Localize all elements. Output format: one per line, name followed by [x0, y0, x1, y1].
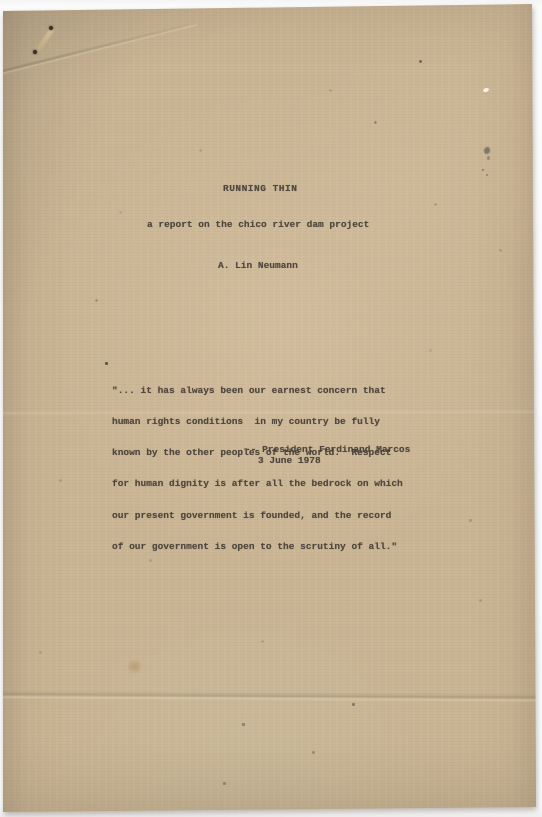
quote-line: our present government is founded, and t… — [112, 511, 403, 521]
smudge-dot — [482, 169, 484, 171]
stain-spot — [127, 660, 142, 673]
staple-hole — [49, 26, 53, 30]
corner-fold-line — [0, 21, 196, 73]
paper-sheet: RUNNING THIN a report on the chico river… — [0, 0, 542, 817]
paper-speckles — [0, 0, 1, 1]
quote-date: 3 June 1978 — [258, 456, 321, 466]
quote-line: human rights conditions in my country be… — [112, 417, 403, 427]
quote-attribution: -- President Ferdinand Marcos — [245, 445, 410, 455]
document-author: A. Lin Neumann — [218, 261, 298, 271]
document-subtitle: a report on the chico river dam project — [147, 220, 369, 230]
document-title: RUNNING THIN — [223, 184, 297, 194]
scan-background: RUNNING THIN a report on the chico river… — [0, 0, 542, 817]
smudge-blob — [487, 156, 490, 160]
quote-block: "... it has always been our earnest conc… — [112, 365, 403, 573]
smudge-blob — [484, 147, 490, 154]
fold-crease — [0, 690, 542, 702]
paper-shadow-wrap: RUNNING THIN a report on the chico river… — [0, 0, 542, 817]
quote-line: of our government is open to the scrutin… — [112, 542, 403, 552]
staple-hole — [33, 50, 37, 54]
smudge-dot — [486, 174, 488, 176]
ink-smudge — [481, 146, 493, 178]
quote-line: for human dignity is after all the bedro… — [112, 479, 403, 489]
white-fleck — [482, 87, 489, 93]
quote-line: "... it has always been our earnest conc… — [112, 386, 403, 396]
staple-rust-streak — [34, 27, 54, 54]
